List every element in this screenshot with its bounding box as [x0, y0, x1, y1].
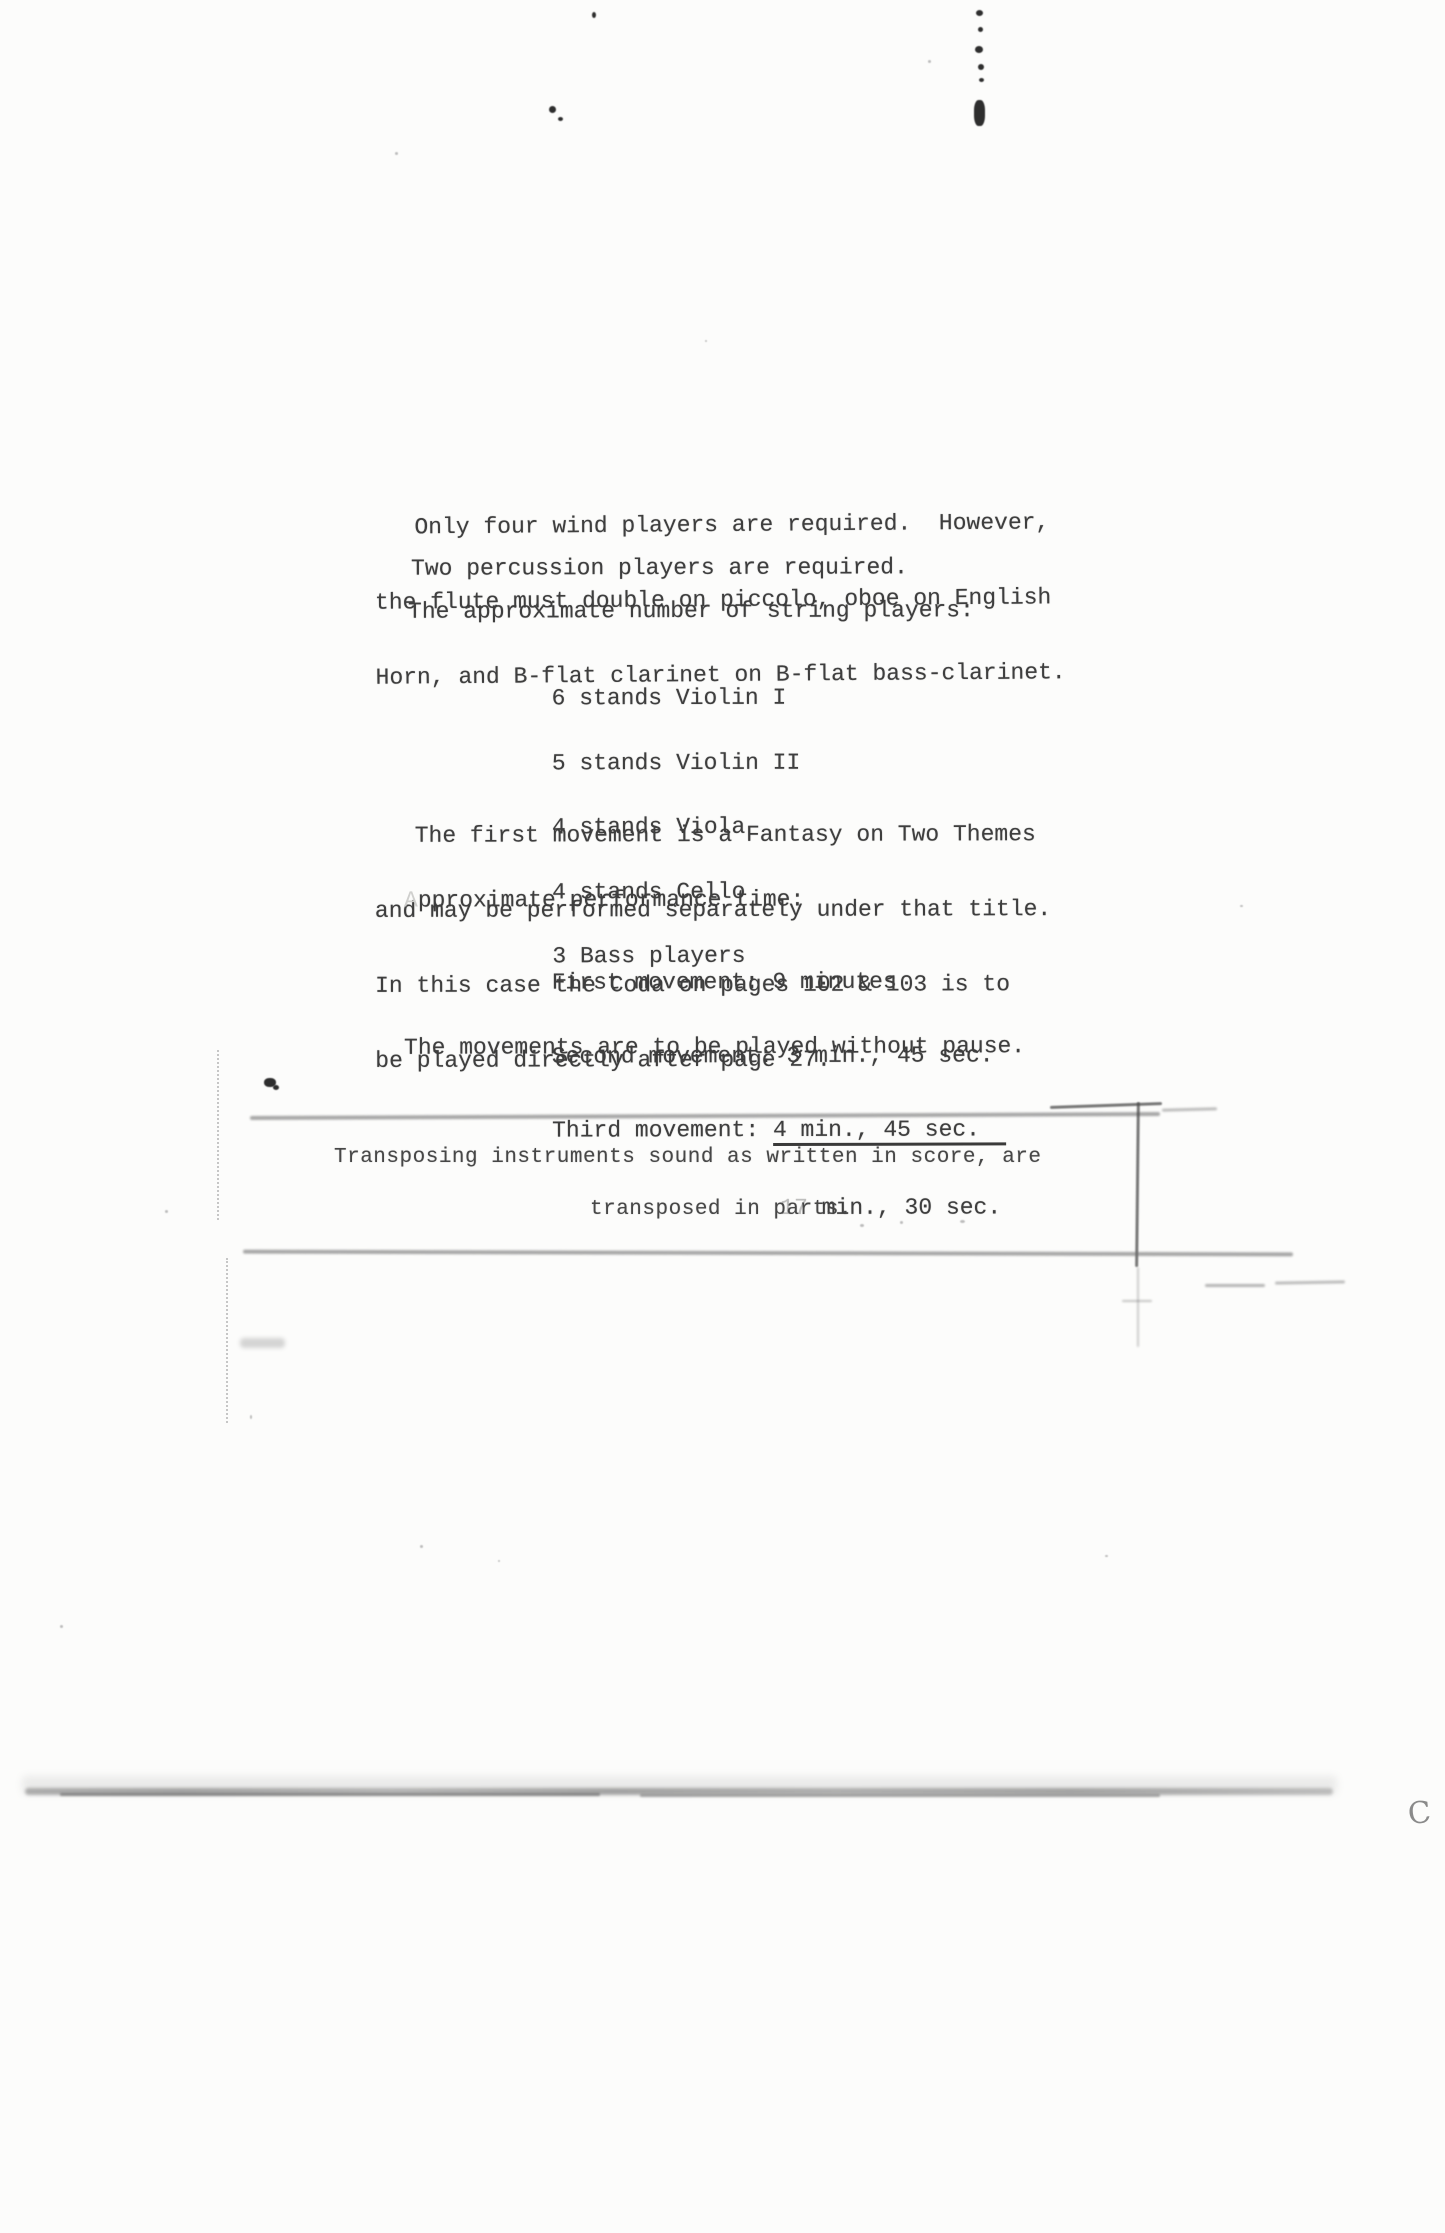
margin-smudge [240, 1338, 285, 1348]
paper-speck [395, 152, 398, 155]
scanned-document-page: Only four wind players are required. How… [0, 0, 1445, 2233]
ink-speck [928, 60, 931, 63]
paper-speck [165, 1210, 168, 1213]
ink-speck [960, 1220, 965, 1223]
paper-speck [1240, 905, 1243, 907]
stamp-box-right-border-tail [1137, 1267, 1139, 1347]
margin-dotted-line [217, 1050, 219, 1220]
text-line: The first movement is a Fantasy on Two T… [375, 822, 1051, 849]
paper-speck [498, 1560, 500, 1562]
ink-speck [978, 64, 984, 70]
paper-speck [420, 1545, 423, 1548]
ink-speck [976, 10, 983, 16]
paragraph-without-pause: The movements are to be played without p… [404, 1034, 1025, 1061]
time-first-movement: First movement: 9 minutes [552, 970, 1006, 996]
paragraph-string-count-intro: The approximate number of string players… [408, 598, 974, 624]
stray-dash [1205, 1284, 1265, 1287]
ink-blob [974, 100, 985, 126]
time-third-label: Third movement: [552, 1117, 773, 1144]
corner-letter-mark: C [1406, 1795, 1433, 1832]
margin-asterisk-blob [273, 1085, 279, 1090]
ink-speck [975, 46, 983, 53]
text-line: Only four wind players are required. How… [374, 510, 1064, 540]
ink-speck [549, 106, 556, 113]
paper-speck [1105, 1555, 1108, 1557]
stray-dash [1275, 1280, 1345, 1284]
paper-speck [60, 1625, 63, 1628]
paper-speck [250, 1415, 252, 1419]
ink-speck [978, 27, 983, 32]
stray-dash [1122, 1300, 1152, 1302]
margin-dotted-line [226, 1258, 228, 1423]
list-item: 6 stands Violin I [552, 688, 801, 710]
ink-speck [979, 78, 984, 82]
ink-speck [900, 1221, 903, 1224]
stamp-box-right-border [1135, 1102, 1139, 1267]
bottom-smudge-dark-segment [640, 1794, 1160, 1797]
stamp-box-top-border-right-segment [1050, 1102, 1162, 1109]
ink-speck [592, 12, 596, 18]
paragraph-performance-time: Approximate performance time: [404, 887, 804, 913]
stamp-text-line: transposed in parts. [590, 1198, 852, 1221]
time-third-value-underlined: 4 min., 45 sec. [773, 1117, 1006, 1146]
ink-speck [558, 117, 563, 121]
stray-dash [1162, 1107, 1217, 1111]
bottom-smudge-dark-segment [60, 1793, 600, 1796]
ink-speck [860, 1224, 864, 1227]
time-third-movement: Third movement: 4 min., 45 sec. [552, 1117, 1006, 1147]
stamp-text-line: Transposing instruments sound as written… [334, 1146, 1042, 1169]
paragraph-percussion: Two percussion players are required. [411, 555, 908, 581]
paper-speck [705, 340, 707, 342]
list-item: 5 stands Violin II [552, 752, 801, 774]
